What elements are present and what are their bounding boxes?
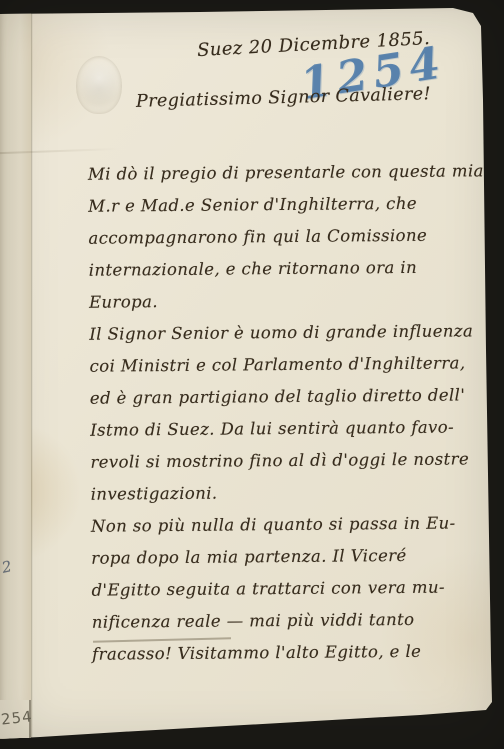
underleaf-edge	[0, 12, 31, 739]
letter-line: internazionale, e che ritornano ora in	[89, 251, 479, 286]
letter-line: ropa dopo la mia partenza. Il Viceré	[91, 539, 481, 574]
letter-line: Istmo di Suez. Da lui sentirà quanto fav…	[90, 411, 480, 446]
letter-line: ed è gran partigiano del taglio diretto …	[90, 379, 480, 414]
letter-line: accompagnarono fin qui la Comissione	[88, 219, 478, 254]
manuscript-letter-scan: Suez 20 Dicembre 1855. 1254 Pregiatissim…	[0, 0, 504, 749]
letter-line: d'Egitto seguita a trattarci con vera mu…	[91, 571, 481, 606]
letter-line: investigazioni.	[91, 475, 481, 510]
letter-line: revoli si mostrino fino al dì d'oggi le …	[90, 443, 480, 478]
letter-line: Europa.	[89, 283, 479, 318]
letter-body: Mi dò il pregio di presentarle con quest…	[88, 155, 482, 670]
letter-line: Non so più nulla di quanto si passa in E…	[91, 507, 481, 542]
corner-folio-number: 254	[0, 707, 33, 728]
letter-line: Il Signor Senior è uomo di grande influe…	[89, 315, 479, 350]
letter-line: M.r e Mad.e Senior d'Inghilterra, che	[88, 187, 478, 222]
letter-line: nificenza reale — mai più viddi tanto	[92, 603, 482, 638]
letter-line: coi Ministri e col Parlamento d'Inghilte…	[89, 347, 479, 382]
embossed-seal	[76, 56, 122, 114]
paper-crease	[0, 148, 120, 154]
letter-line: Mi dò il pregio di presentarle con quest…	[88, 155, 478, 190]
